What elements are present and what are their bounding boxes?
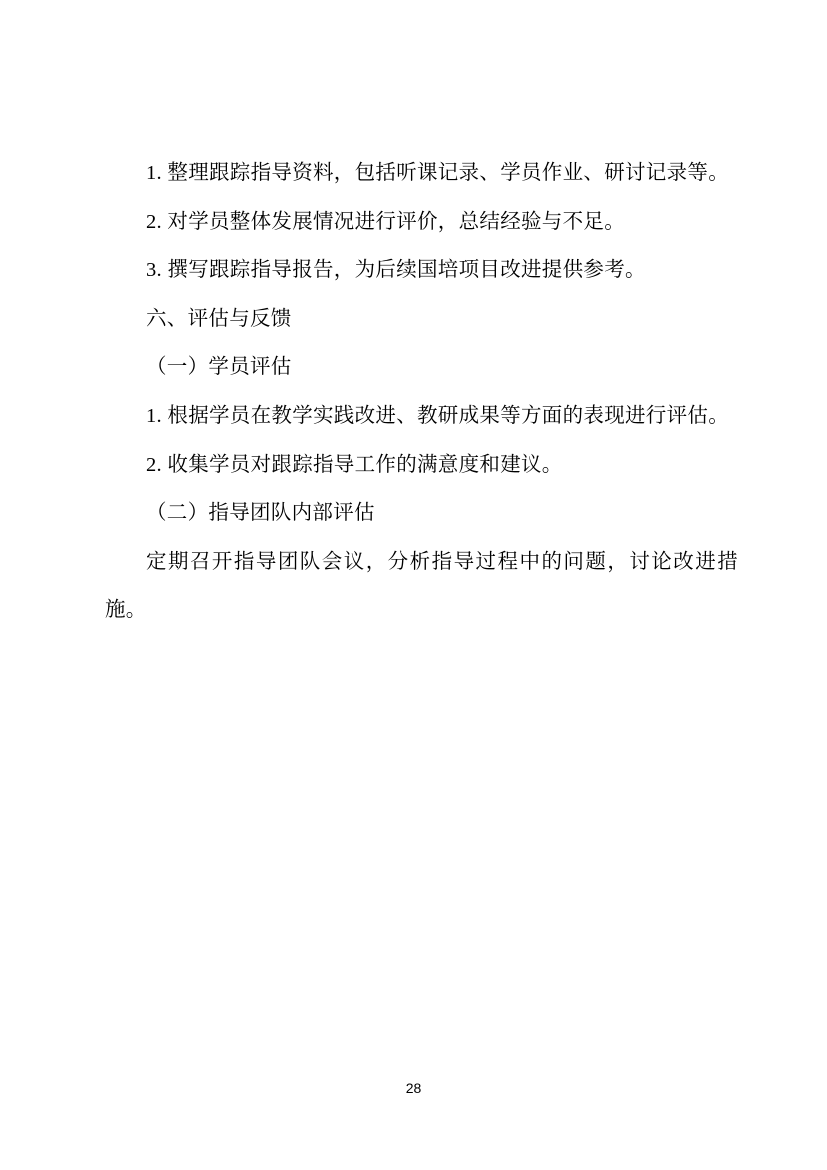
subsection-heading-6-2: （二）指导团队内部评估 xyxy=(105,489,738,538)
page-number: 28 xyxy=(0,1081,827,1095)
numbered-item-2: 2. 对学员整体发展情况进行评价，总结经验与不足。 xyxy=(105,198,738,247)
body-paragraph: 定期召开指导团队会议，分析指导过程中的问题，讨论改进措施。 xyxy=(105,538,738,635)
numbered-item-6-1-1: 1. 根据学员在教学实践改进、教研成果等方面的表现进行评估。 xyxy=(105,392,738,441)
document-page: 1. 整理跟踪指导资料，包括听课记录、学员作业、研讨记录等。 2. 对学员整体发… xyxy=(0,0,827,1170)
section-heading-6: 六、评估与反馈 xyxy=(105,295,738,344)
document-body: 1. 整理跟踪指导资料，包括听课记录、学员作业、研讨记录等。 2. 对学员整体发… xyxy=(105,149,738,635)
subsection-heading-6-1: （一）学员评估 xyxy=(105,343,738,392)
numbered-item-3: 3. 撰写跟踪指导报告，为后续国培项目改进提供参考。 xyxy=(105,246,738,295)
numbered-item-1: 1. 整理跟踪指导资料，包括听课记录、学员作业、研讨记录等。 xyxy=(105,149,738,198)
numbered-item-6-1-2: 2. 收集学员对跟踪指导工作的满意度和建议。 xyxy=(105,441,738,490)
